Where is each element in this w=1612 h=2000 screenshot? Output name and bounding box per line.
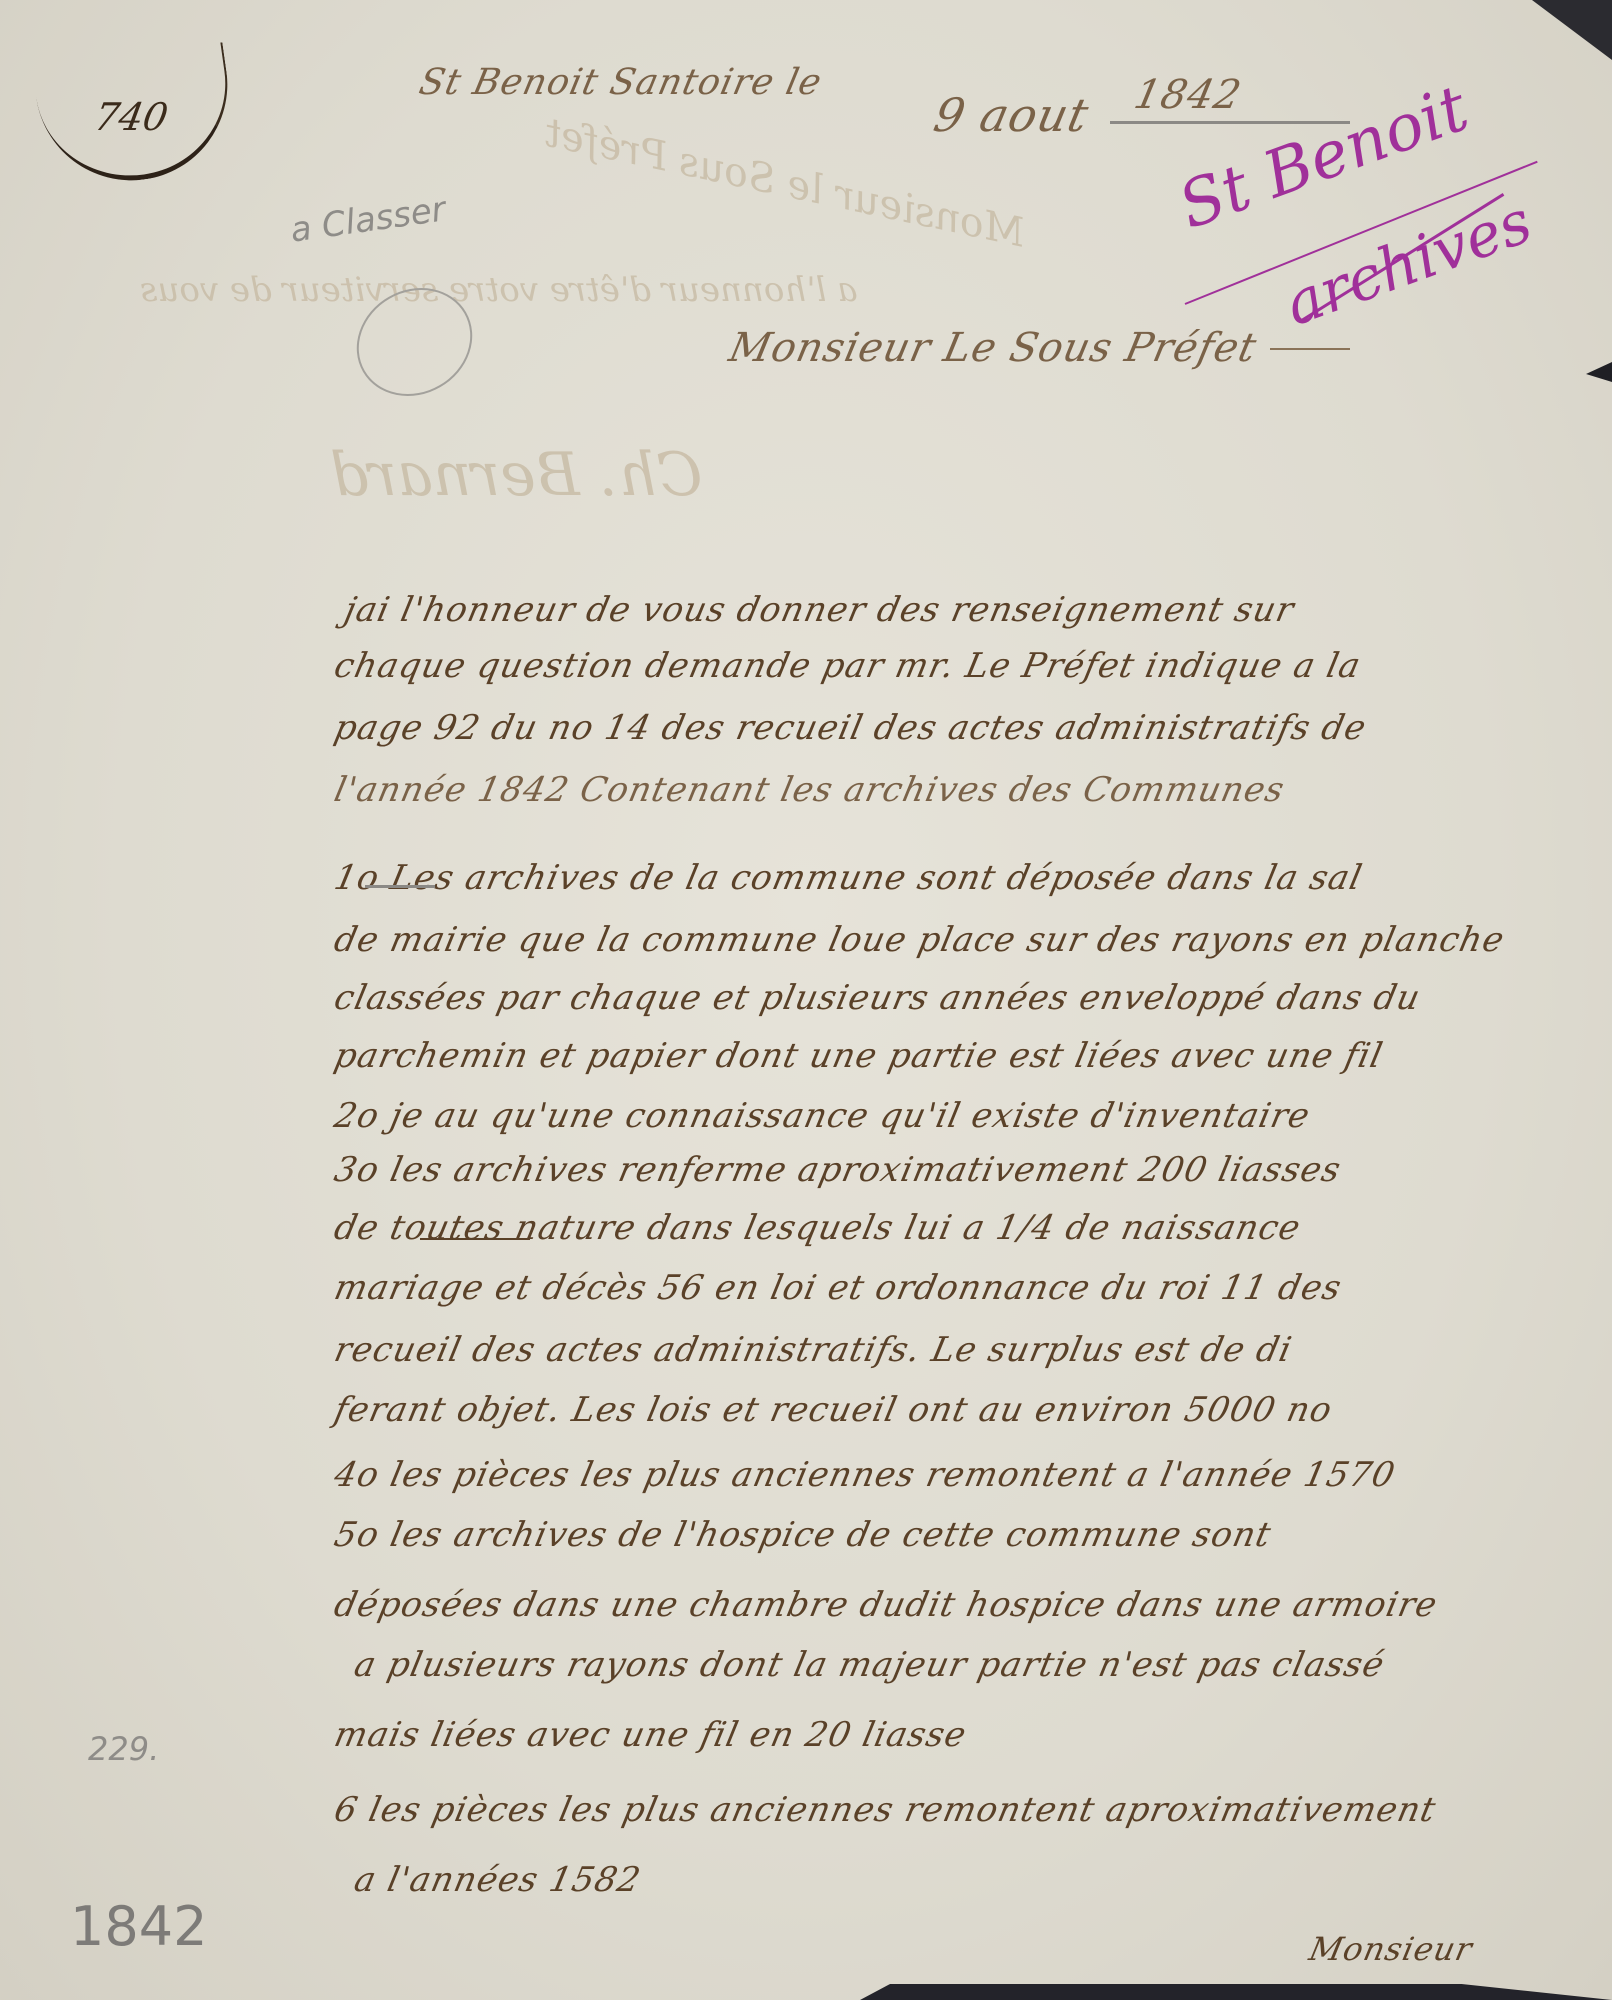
body-line: 5o les archives de l'hospice de cette co… bbox=[331, 1515, 1275, 1555]
closing-monsieur: Monsieur bbox=[1306, 1930, 1476, 1968]
body-line: mais liées avec une fil en 20 liasse bbox=[331, 1715, 971, 1755]
scan-background-corner bbox=[1532, 0, 1612, 60]
body-line: a plusieurs rayons dont la majeur partie… bbox=[351, 1645, 1389, 1685]
body-line: chaque question demande par mr. Le Préfe… bbox=[331, 646, 1365, 686]
place-date-line: St Benoit Santoire le bbox=[416, 62, 826, 103]
body-line: 2o je au qu'une connaissance qu'il exist… bbox=[331, 1096, 1314, 1136]
body-line: page 92 du no 14 des recueil des actes a… bbox=[331, 708, 1370, 748]
date-year: 1842 bbox=[1130, 72, 1246, 118]
body-line: classées par chaque et plusieurs années … bbox=[331, 978, 1425, 1018]
pencil-number-229: 229. bbox=[88, 1730, 159, 1768]
body-line: jai l'honneur de vous donner des renseig… bbox=[341, 590, 1298, 630]
ink-underline-nature bbox=[420, 1238, 530, 1240]
pencil-note-classer: a Classer bbox=[288, 189, 448, 250]
body-line: 4o les pièces les plus anciennes remonte… bbox=[331, 1455, 1399, 1495]
bleed-through-signature: Ch. Bernard bbox=[330, 440, 702, 510]
scan-background-bottom bbox=[860, 1984, 1612, 2000]
date-day-month: 9 aout bbox=[929, 88, 1094, 142]
salutation-flourish bbox=[1270, 348, 1350, 350]
body-line: de toutes nature dans lesquels lui a 1/4… bbox=[331, 1208, 1305, 1248]
body-line: de mairie que la commune loue place sur … bbox=[331, 920, 1509, 960]
paper-tear-notch bbox=[1586, 362, 1612, 382]
bleed-through-line-2: a l'honneur d'être votre serviteur de vo… bbox=[140, 270, 858, 310]
folio-number: 740 bbox=[91, 95, 171, 139]
body-line: l'année 1842 Contenant les archives des … bbox=[331, 770, 1289, 810]
pencil-underline-archives bbox=[365, 885, 435, 888]
salutation: Monsieur Le Sous Préfet bbox=[725, 325, 1261, 371]
body-line: 3o les archives renferme aproximativemen… bbox=[331, 1150, 1345, 1190]
body-line: parchemin et papier dont une partie est … bbox=[331, 1036, 1387, 1076]
body-line: a l'années 1582 bbox=[351, 1860, 645, 1900]
body-line: 6 les pièces les plus anciennes remonten… bbox=[331, 1790, 1440, 1830]
body-line: ferant objet. Les lois et recueil ont au… bbox=[331, 1390, 1336, 1430]
body-line: recueil des actes administratifs. Le sur… bbox=[331, 1330, 1296, 1370]
archive-annotation-archives: archives bbox=[1276, 187, 1541, 340]
scanned-letter-page: 740 St Benoit Santoire le 9 aout 1842 Mo… bbox=[0, 0, 1612, 2000]
body-line: mariage et décès 56 en loi et ordonnance… bbox=[331, 1268, 1346, 1308]
body-line: 1o Les archives de la commune sont dépos… bbox=[331, 858, 1366, 898]
body-line: déposées dans une chambre dudit hospice … bbox=[331, 1585, 1441, 1625]
pencil-year-1842: 1842 bbox=[70, 1895, 207, 1958]
